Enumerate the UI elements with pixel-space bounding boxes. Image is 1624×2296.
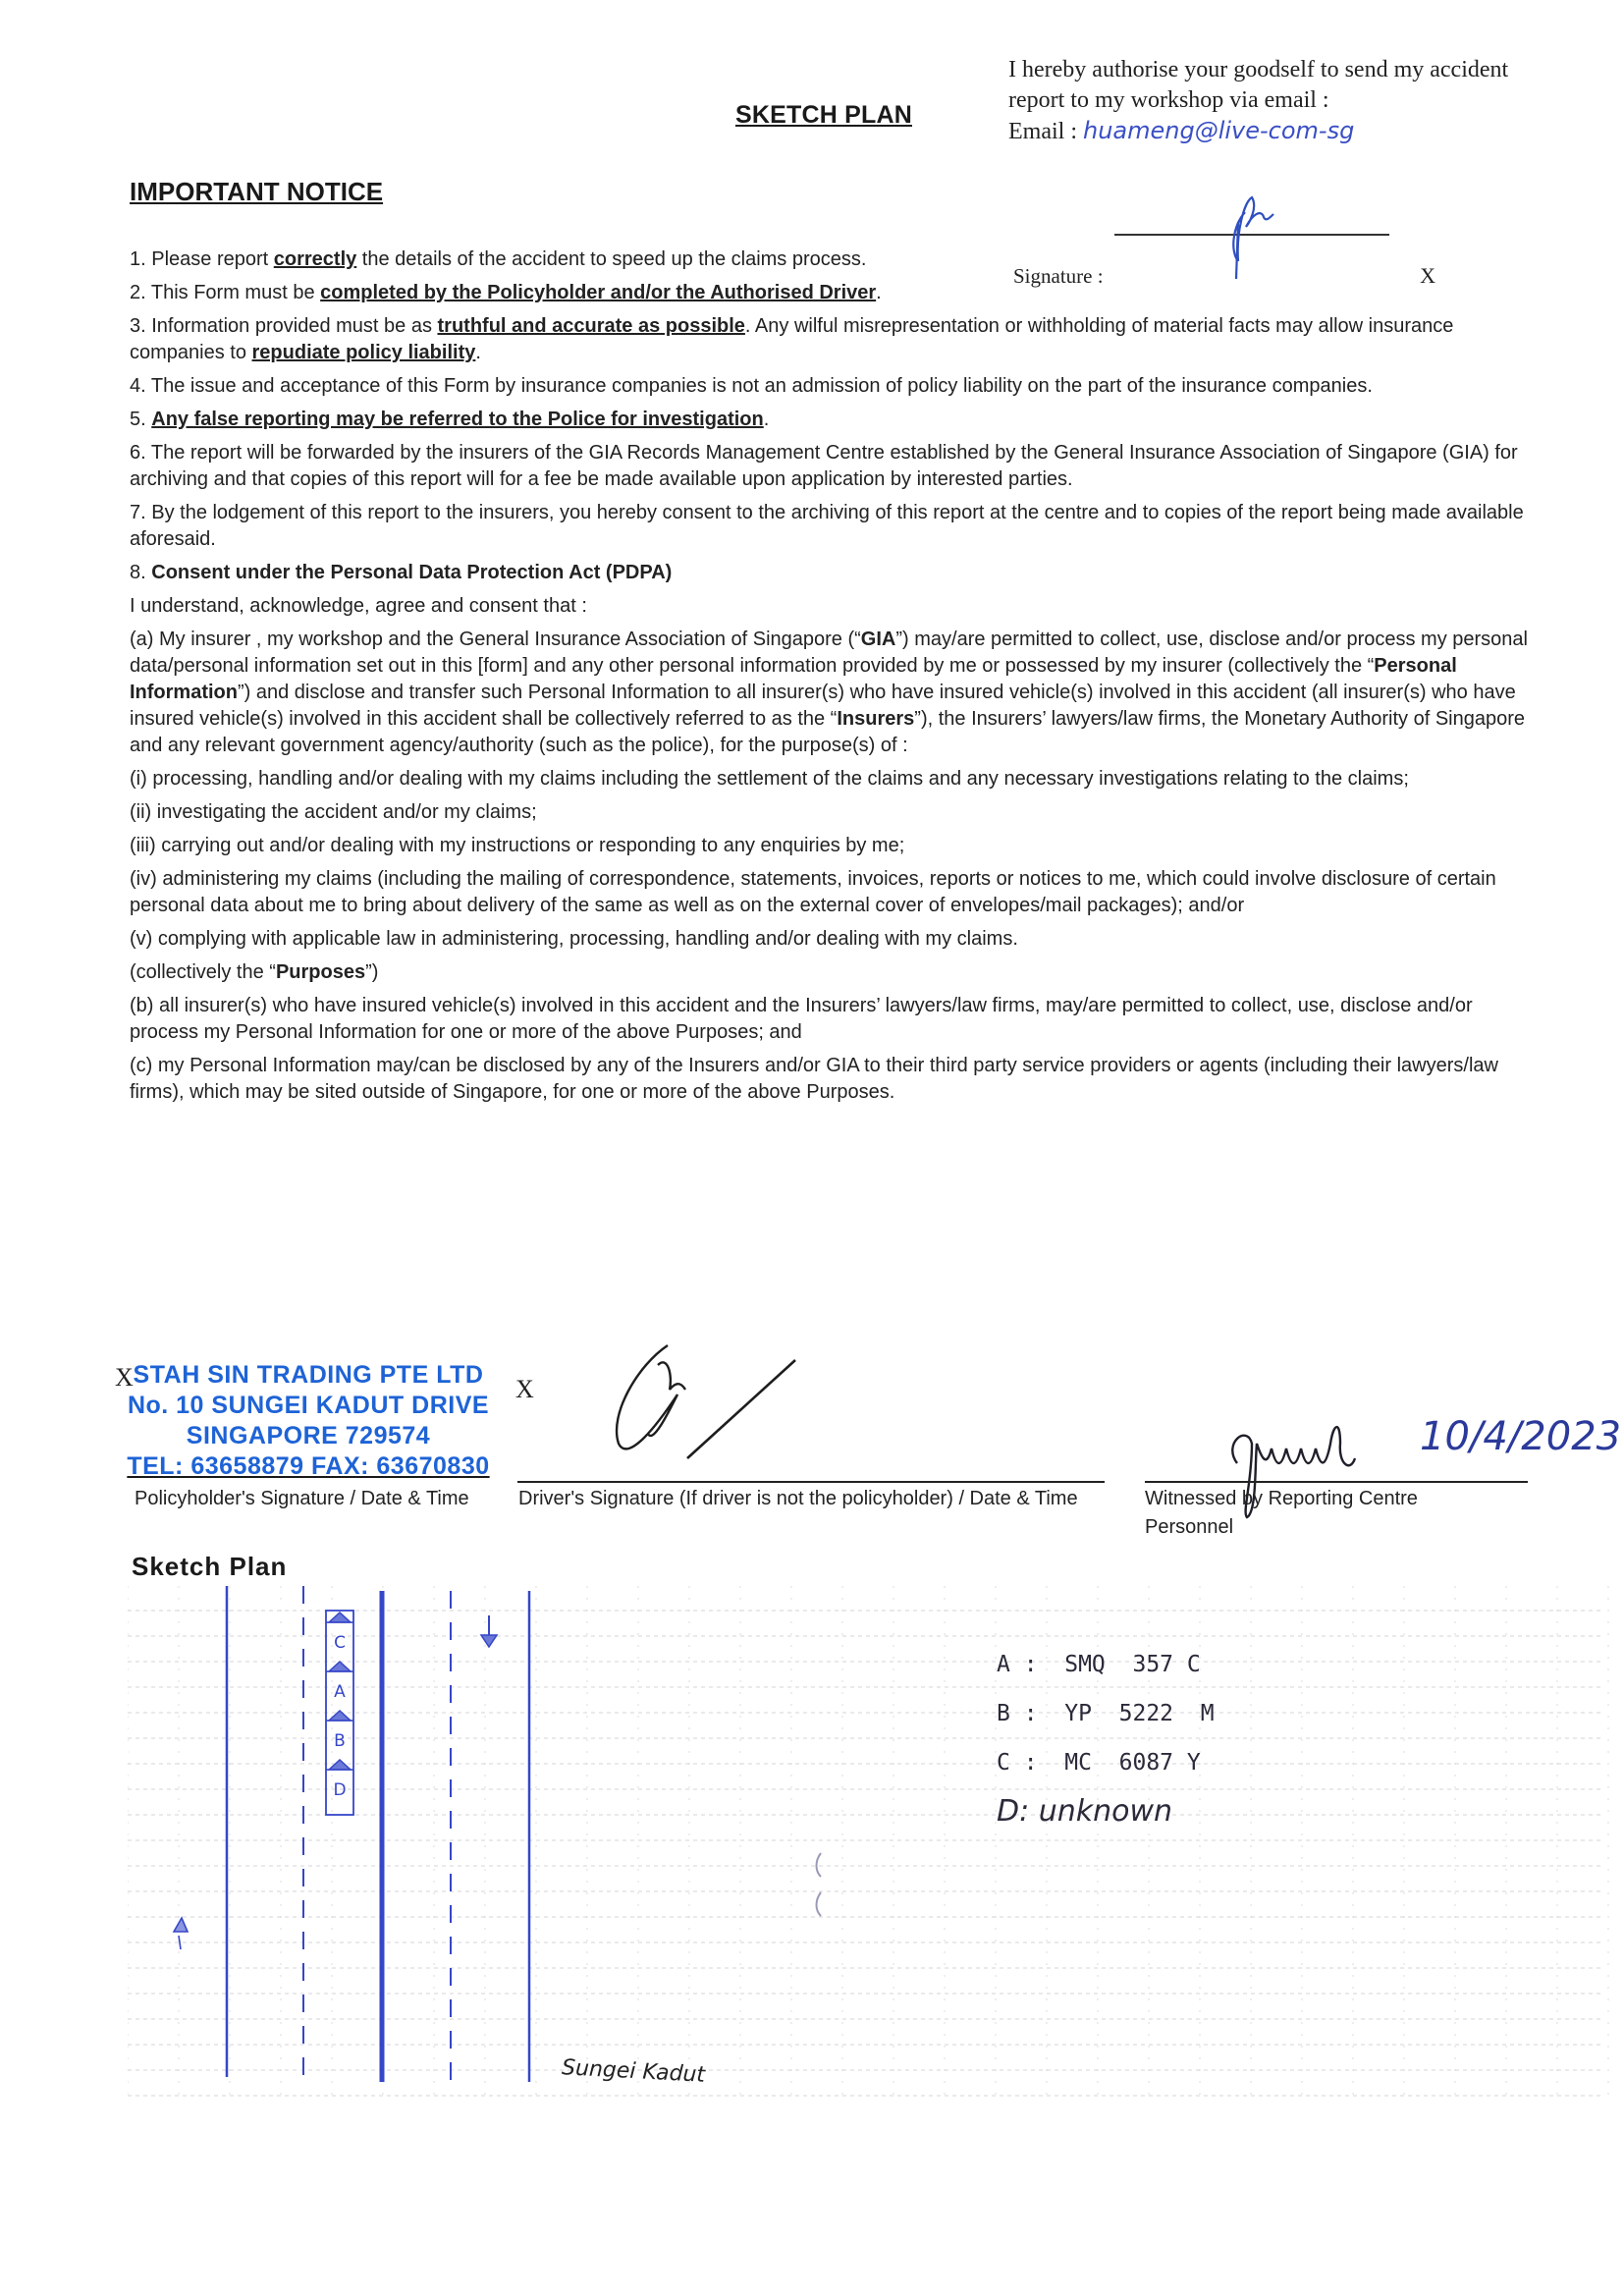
own-direction-arrow-icon — [174, 1918, 188, 1949]
driver-signature-caption: Driver's Signature (If driver is not the… — [518, 1485, 1108, 1513]
authorisation-signature-field[interactable] — [1114, 214, 1389, 236]
driver-signature-line[interactable] — [517, 1481, 1105, 1483]
legend-vehicle-a: A : SMQ 357 C — [997, 1640, 1215, 1689]
authorisation-line-1: I hereby authorise your goodself to send… — [1008, 55, 1597, 85]
witness-date: 10/4/2023 — [1420, 1414, 1621, 1459]
stamp-address: No. 10 SUNGEI KADUT DRIVE — [102, 1391, 514, 1421]
consent-clause-a: (a) My insurer , my workshop and the Gen… — [130, 627, 1543, 759]
notice-item-4: 4. The issue and acceptance of this Form… — [130, 373, 1543, 400]
driver-signature-scribble — [599, 1336, 815, 1473]
email-row: Email : huameng@live-com-sg — [1008, 116, 1597, 147]
sketch-grid — [128, 1586, 1608, 2097]
sketch-plan-heading: Sketch Plan — [132, 1552, 287, 1582]
legend-vehicle-d: D: unknown — [997, 1787, 1215, 1836]
email-authorisation: I hereby authorise your goodself to send… — [1008, 55, 1597, 147]
svg-text:B: B — [334, 1731, 346, 1751]
notice-list: 1. Please report correctly the details o… — [130, 246, 1543, 1113]
purpose-item: (ii) investigating the accident and/or m… — [130, 799, 1543, 826]
notice-item-8: 8. Consent under the Personal Data Prote… — [130, 560, 1543, 586]
consent-clause-b: (b) all insurer(s) who have insured vehi… — [130, 993, 1543, 1046]
driver-x-mark: X — [515, 1375, 534, 1404]
svg-text:C: C — [334, 1633, 346, 1653]
stamp-contact: TEL: 63658879 FAX: 63670830 — [102, 1451, 514, 1482]
faint-mark — [817, 1892, 822, 1916]
notice-item-6: 6. The report will be forwarded by the i… — [130, 440, 1543, 493]
important-notice-heading: IMPORTANT NOTICE — [130, 177, 383, 207]
purpose-item: (iii) carrying out and/or dealing with m… — [130, 833, 1543, 859]
stamp-company: STAH SIN TRADING PTE LTD — [102, 1360, 514, 1391]
document-title: SKETCH PLAN — [735, 101, 912, 130]
notice-item-3: 3. Information provided must be as truth… — [130, 313, 1543, 366]
purpose-item: (iv) administering my claims (including … — [130, 866, 1543, 919]
authorisation-line-2: report to my workshop via email : — [1008, 85, 1597, 116]
sketch-plan-drawing[interactable]: CABD — [128, 1586, 1610, 2097]
notice-item-1: 1. Please report correctly the details o… — [130, 246, 1543, 273]
purpose-item: (v) complying with applicable law in adm… — [130, 926, 1543, 953]
oncoming-direction-arrow-icon — [481, 1615, 497, 1647]
notice-item-2: 2. This Form must be completed by the Po… — [130, 280, 1543, 306]
purposes-definition: (collectively the “Purposes”) — [130, 959, 1543, 986]
vehicle-legend: A : SMQ 357 C B : YP 5222 M C : MC 6087 … — [997, 1640, 1215, 1836]
purpose-item: (i) processing, handling and/or dealing … — [130, 766, 1543, 793]
consent-intro: I understand, acknowledge, agree and con… — [130, 593, 1543, 620]
consent-clause-c: (c) my Personal Information may/can be d… — [130, 1053, 1543, 1106]
faint-mark — [817, 1853, 822, 1877]
svg-text:D: D — [333, 1780, 346, 1800]
email-label: Email : — [1008, 119, 1083, 144]
legend-vehicle-b: B : YP 5222 M — [997, 1689, 1215, 1738]
policyholder-signature-caption: Policyholder's Signature / Date & Time — [135, 1485, 488, 1513]
policyholder-x-mark: X — [115, 1363, 134, 1393]
legend-vehicle-c: C : MC 6087 Y — [997, 1738, 1215, 1787]
svg-text:A: A — [334, 1682, 346, 1702]
company-stamp: STAH SIN TRADING PTE LTD No. 10 SUNGEI K… — [102, 1360, 514, 1482]
email-value[interactable]: huameng@live-com-sg — [1083, 117, 1354, 144]
witness-signature-caption: Witnessed by Reporting Centre Personnel — [1145, 1485, 1498, 1542]
notice-item-5: 5. Any false reporting may be referred t… — [130, 407, 1543, 433]
stamp-city: SINGAPORE 729574 — [102, 1421, 514, 1451]
witness-signature-line[interactable] — [1145, 1481, 1528, 1483]
notice-item-7: 7. By the lodgement of this report to th… — [130, 500, 1543, 553]
